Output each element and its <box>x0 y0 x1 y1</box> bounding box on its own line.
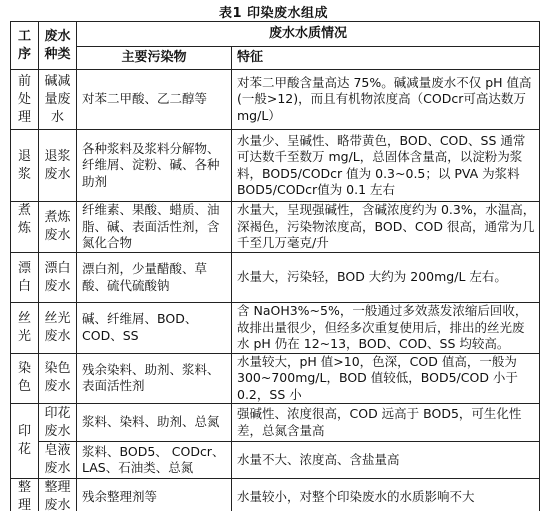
wastewater-composition-table: 工序 废水种类 废水水质情况 主要污染物 特征 前处理 碱减量废水 对苯二甲酸、… <box>10 21 540 511</box>
cell-type: 丝光废水 <box>39 303 77 354</box>
cell-type: 皂液废水 <box>39 442 77 479</box>
cell-type: 退浆废水 <box>39 130 77 202</box>
cell-pollutants: 漂白剂，少量醋酸、草酸、硫代硫酸钠 <box>77 253 232 303</box>
cell-features: 水量较小，对整个印染废水的水质影响不大 <box>232 479 540 511</box>
header-features: 特征 <box>232 47 540 70</box>
table-row: 漂白 漂白废水 漂白剂，少量醋酸、草酸、硫代硫酸钠 水量大，污染轻，BOD 大约… <box>11 253 540 303</box>
cell-process: 漂白 <box>11 253 39 303</box>
header-quality: 废水水质情况 <box>77 22 540 47</box>
cell-type: 染色废水 <box>39 353 77 404</box>
cell-type: 煮炼废水 <box>39 202 77 253</box>
cell-process: 煮炼 <box>11 202 39 253</box>
cell-pollutants: 对苯二甲酸、乙二醇等 <box>77 70 232 130</box>
cell-type: 印花废水 <box>39 404 77 442</box>
cell-pollutants: 残余染料、助剂、浆料、表面活性剂 <box>77 353 232 404</box>
header-process: 工序 <box>11 22 39 70</box>
cell-features: 水量大，呈现强碱性，含碱浓度约为 0.3%，水温高，深褐色，污染物浓度高，BOD… <box>232 202 540 253</box>
table-row: 染色 染色废水 残余染料、助剂、浆料、表面活性剂 水量较大，pH 值>10，色深… <box>11 353 540 404</box>
table-row: 退浆 退浆废水 各种浆料及浆料分解物、纤维屑、淀粉、碱、各种助剂 水量少、呈碱性… <box>11 130 540 202</box>
cell-pollutants: 浆料、染料、助剂、总氮 <box>77 404 232 442</box>
table-row: 煮炼 煮炼废水 纤维素、果酸、蜡质、油脂、碱、表面活性剂，含氮化合物 水量大，呈… <box>11 202 540 253</box>
cell-features: 水量较大，pH 值>10，色深，COD 值高，一般为 300~700mg/L，B… <box>232 353 540 404</box>
cell-process: 退浆 <box>11 130 39 202</box>
cell-process: 染色 <box>11 353 39 404</box>
cell-type: 漂白废水 <box>39 253 77 303</box>
table-row: 整理 整理废水 残余整理剂等 水量较小，对整个印染废水的水质影响不大 <box>11 479 540 511</box>
cell-pollutants: 碱、纤维屑、BOD、COD、SS <box>77 303 232 354</box>
header-row-2: 主要污染物 特征 <box>11 47 540 70</box>
header-pollutants: 主要污染物 <box>77 47 232 70</box>
cell-pollutants: 各种浆料及浆料分解物、纤维屑、淀粉、碱、各种助剂 <box>77 130 232 202</box>
cell-features: 水量大，污染轻，BOD 大约为 200mg/L 左右。 <box>232 253 540 303</box>
header-row-1: 工序 废水种类 废水水质情况 <box>11 22 540 47</box>
cell-process: 前处理 <box>11 70 39 130</box>
cell-process: 整理 <box>11 479 39 511</box>
table-title: 表1 印染废水组成 <box>0 2 547 21</box>
cell-process: 印花 <box>11 404 39 479</box>
cell-type: 整理废水 <box>39 479 77 511</box>
cell-process: 丝光 <box>11 303 39 354</box>
cell-features: 水量少、呈碱性、略带黄色，BOD、COD、SS 通常可达数千至数万 mg/L，总… <box>232 130 540 202</box>
cell-pollutants: 纤维素、果酸、蜡质、油脂、碱、表面活性剂，含氮化合物 <box>77 202 232 253</box>
cell-pollutants: 浆料、BOD5、 CODcr、LAS、石油类、总氮 <box>77 442 232 479</box>
cell-features: 强碱性、浓度很高，COD 远高于 BOD5，可生化性差，总氮含量高 <box>232 404 540 442</box>
cell-features: 对苯二甲酸含量高达 75%。碱减量废水不仅 pH 值高(一般>12)，而且有机物… <box>232 70 540 130</box>
table-row: 丝光 丝光废水 碱、纤维屑、BOD、COD、SS 含 NaOH3%~5%，一般通… <box>11 303 540 354</box>
cell-features: 水量不大、浓度高、含盐量高 <box>232 442 540 479</box>
cell-features: 含 NaOH3%~5%，一般通过多效蒸发浓缩后回收，故排出量很少，但经多次重复使… <box>232 303 540 354</box>
header-type: 废水种类 <box>39 22 77 70</box>
table-row: 前处理 碱减量废水 对苯二甲酸、乙二醇等 对苯二甲酸含量高达 75%。碱减量废水… <box>11 70 540 130</box>
table-row: 印花 印花废水 浆料、染料、助剂、总氮 强碱性、浓度很高，COD 远高于 BOD… <box>11 404 540 442</box>
cell-pollutants: 残余整理剂等 <box>77 479 232 511</box>
cell-type: 碱减量废水 <box>39 70 77 130</box>
table-row: 皂液废水 浆料、BOD5、 CODcr、LAS、石油类、总氮 水量不大、浓度高、… <box>11 442 540 479</box>
